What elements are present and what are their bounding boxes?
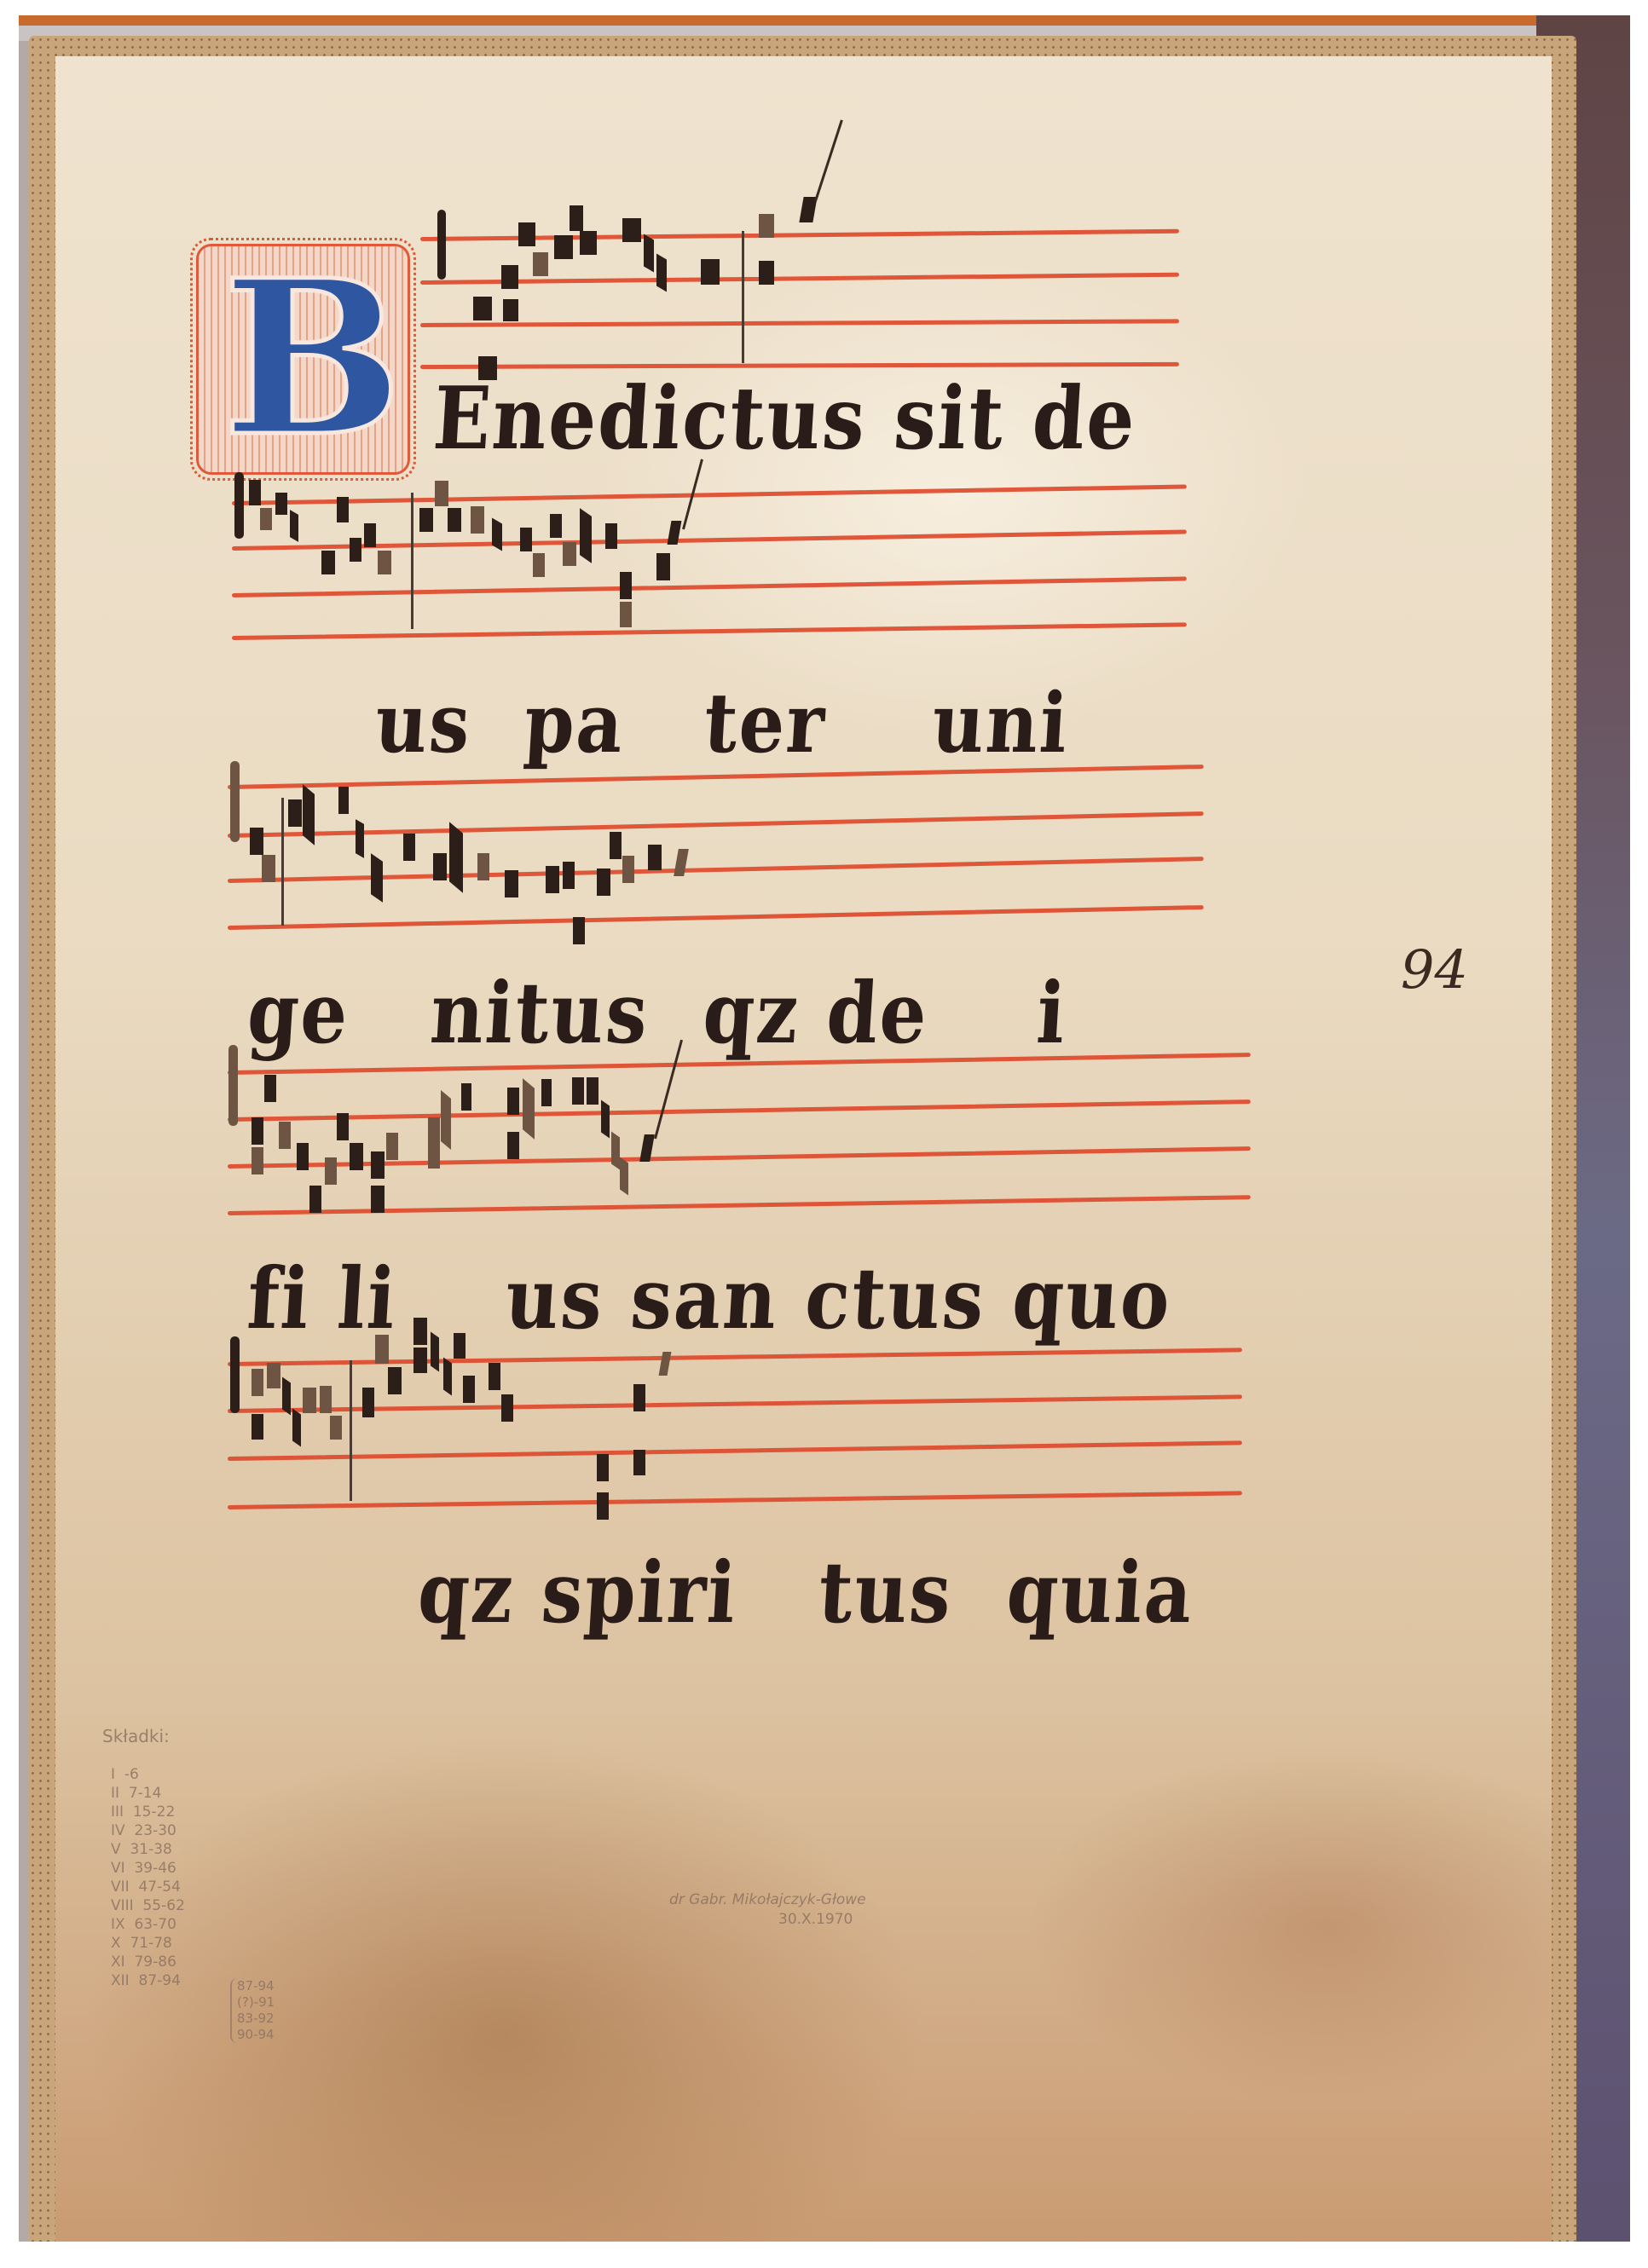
neume <box>330 1416 342 1440</box>
quire-row: IX 63-70 <box>111 1915 185 1934</box>
clef <box>230 761 240 842</box>
neume <box>297 1143 309 1170</box>
neume <box>337 497 349 522</box>
neume <box>338 787 349 814</box>
neume <box>503 299 518 321</box>
ligature <box>580 508 592 563</box>
neume <box>403 834 415 861</box>
photograph: B Enedic <box>19 15 1630 2242</box>
neume <box>597 869 610 896</box>
neume <box>448 508 461 532</box>
ligature <box>292 1408 301 1446</box>
neume <box>463 1376 475 1403</box>
neume <box>605 523 617 549</box>
staff-line <box>228 905 1204 930</box>
folio-number: 94 <box>1401 938 1468 1001</box>
quire-row: XII 87-94 <box>111 1971 185 1990</box>
neume <box>350 1143 363 1170</box>
neume <box>428 1117 440 1169</box>
ligature <box>523 1078 535 1140</box>
ligature <box>601 1099 610 1138</box>
neume <box>633 1450 645 1475</box>
neume <box>597 1454 609 1481</box>
neume <box>388 1367 402 1394</box>
neume <box>454 1333 465 1359</box>
neume <box>580 231 597 255</box>
neume <box>477 853 489 880</box>
neume <box>262 855 275 882</box>
staff-line <box>420 319 1179 327</box>
neume <box>252 1147 263 1174</box>
ligature <box>492 518 502 551</box>
neume <box>252 1369 263 1396</box>
quire-row: X 71-78 <box>111 1934 185 1953</box>
quire-row: I -6 <box>111 1765 185 1784</box>
bracket-range: 87-94 <box>237 1978 275 1994</box>
neume <box>337 1113 349 1140</box>
neume <box>350 538 361 562</box>
quire-row: VII 47-54 <box>111 1878 185 1896</box>
neume <box>249 480 261 505</box>
staff-line <box>228 1394 1242 1413</box>
neume <box>252 1414 263 1440</box>
neume <box>648 845 662 870</box>
neume <box>622 856 634 883</box>
pencil-signature: dr Gabr. Mikołajczyk-Głowe <box>669 1890 866 1909</box>
ligature <box>290 510 298 542</box>
neume <box>622 218 641 242</box>
neume <box>309 1186 321 1213</box>
neume <box>563 542 576 566</box>
neume <box>260 508 272 530</box>
clef <box>437 210 446 280</box>
lyric-line-2: us pa ter uni <box>373 674 1072 771</box>
staff-line <box>232 622 1187 640</box>
neume <box>378 551 391 574</box>
neume <box>587 1077 598 1105</box>
ligature <box>611 1131 620 1169</box>
neume <box>250 828 263 855</box>
neume <box>633 1384 645 1411</box>
neume <box>325 1157 337 1185</box>
neume <box>759 261 774 285</box>
custos-line <box>814 119 843 201</box>
neume <box>321 551 335 574</box>
neume <box>320 1386 332 1413</box>
neume <box>573 917 585 944</box>
neume <box>701 259 720 285</box>
neume <box>518 222 535 246</box>
neume <box>386 1133 398 1160</box>
neume <box>570 205 583 231</box>
neume <box>563 862 575 889</box>
neume <box>419 508 433 532</box>
ligature <box>441 1090 451 1150</box>
lyric-line-4: fi li us san ctus quo <box>245 1249 1174 1348</box>
neume <box>288 799 302 827</box>
initial-letter: B <box>223 251 402 465</box>
staff-line <box>228 1440 1242 1461</box>
neume <box>505 870 518 897</box>
neume <box>501 1394 513 1422</box>
neume <box>364 523 376 547</box>
lyric-line-1: Enedictus sit de <box>431 366 1139 469</box>
neume <box>461 1083 471 1111</box>
neume <box>501 265 518 289</box>
lyric-line-3: ge nitus qz de i <box>245 964 1070 1063</box>
barline <box>411 493 413 629</box>
neume <box>275 493 287 515</box>
barline <box>281 798 284 926</box>
ligature <box>356 819 364 858</box>
background-orange-strip <box>19 15 1536 26</box>
neume <box>554 235 573 259</box>
neume <box>435 481 448 506</box>
quire-row: II 7-14 <box>111 1784 185 1803</box>
neume <box>533 252 548 276</box>
quire-row: III 15-22 <box>111 1803 185 1821</box>
pencil-bracket-notes: 87-94 (?)-91 83-92 90-94 <box>230 1978 275 2043</box>
neume <box>656 553 670 580</box>
ligature <box>303 784 315 845</box>
clef <box>230 1336 240 1413</box>
ligature <box>656 254 667 292</box>
ligature <box>371 853 383 903</box>
quire-row: V 31-38 <box>111 1840 185 1859</box>
clef <box>228 1045 238 1126</box>
bracket-range: 83-92 <box>237 2011 275 2027</box>
ligature <box>431 1331 439 1371</box>
barline <box>350 1360 352 1501</box>
neume <box>375 1335 389 1364</box>
quire-row: XI 79-86 <box>111 1953 185 1971</box>
ligature <box>443 1357 452 1395</box>
neume <box>597 1492 609 1520</box>
neume <box>471 506 484 534</box>
staff-line <box>228 1491 1242 1509</box>
quire-row: VIII 55-62 <box>111 1896 185 1915</box>
neume <box>252 1117 263 1145</box>
decorated-initial: B <box>196 244 410 475</box>
staff-line <box>232 484 1187 505</box>
staff-line <box>232 576 1187 597</box>
neume <box>267 1363 280 1388</box>
neume <box>610 832 622 859</box>
neume <box>264 1075 276 1102</box>
barline <box>742 231 744 363</box>
neume <box>507 1132 519 1159</box>
neume <box>620 602 632 627</box>
neume <box>541 1079 552 1106</box>
neume <box>303 1388 316 1413</box>
neume <box>489 1363 500 1390</box>
bracket-range: 90-94 <box>237 2027 275 2043</box>
neume <box>413 1348 427 1373</box>
staff-line <box>228 811 1204 838</box>
neume <box>520 528 532 551</box>
neume <box>572 1077 584 1105</box>
staff-line <box>228 1099 1251 1122</box>
neume <box>371 1186 385 1213</box>
neume <box>413 1318 427 1345</box>
ligature <box>620 1157 628 1195</box>
parchment-leaf: B Enedic <box>55 56 1552 2242</box>
neume <box>759 214 774 238</box>
neume <box>371 1151 385 1179</box>
neume <box>533 553 545 577</box>
bracket-range: (?)-91 <box>237 1994 275 2011</box>
neume <box>279 1122 291 1149</box>
clef <box>234 472 244 539</box>
neume <box>473 297 492 320</box>
neume <box>620 572 632 599</box>
ligature <box>449 822 463 892</box>
pencil-quire-heading: Składki: <box>102 1727 170 1746</box>
neume <box>362 1388 374 1417</box>
neume <box>433 853 447 880</box>
quire-row: IV 23-30 <box>111 1821 185 1840</box>
neume <box>507 1088 519 1115</box>
neume <box>546 866 559 893</box>
lyric-line-5: qz spiri tus quia <box>415 1544 1197 1642</box>
quire-row: VI 39-46 <box>111 1859 185 1878</box>
ligature <box>282 1376 291 1415</box>
neume <box>550 514 562 538</box>
pencil-date: 30.X.1970 <box>778 1910 853 1929</box>
pencil-quire-list: I -6 II 7-14 III 15-22 IV 23-30 V 31-38 … <box>111 1765 185 1990</box>
ligature <box>644 234 654 273</box>
